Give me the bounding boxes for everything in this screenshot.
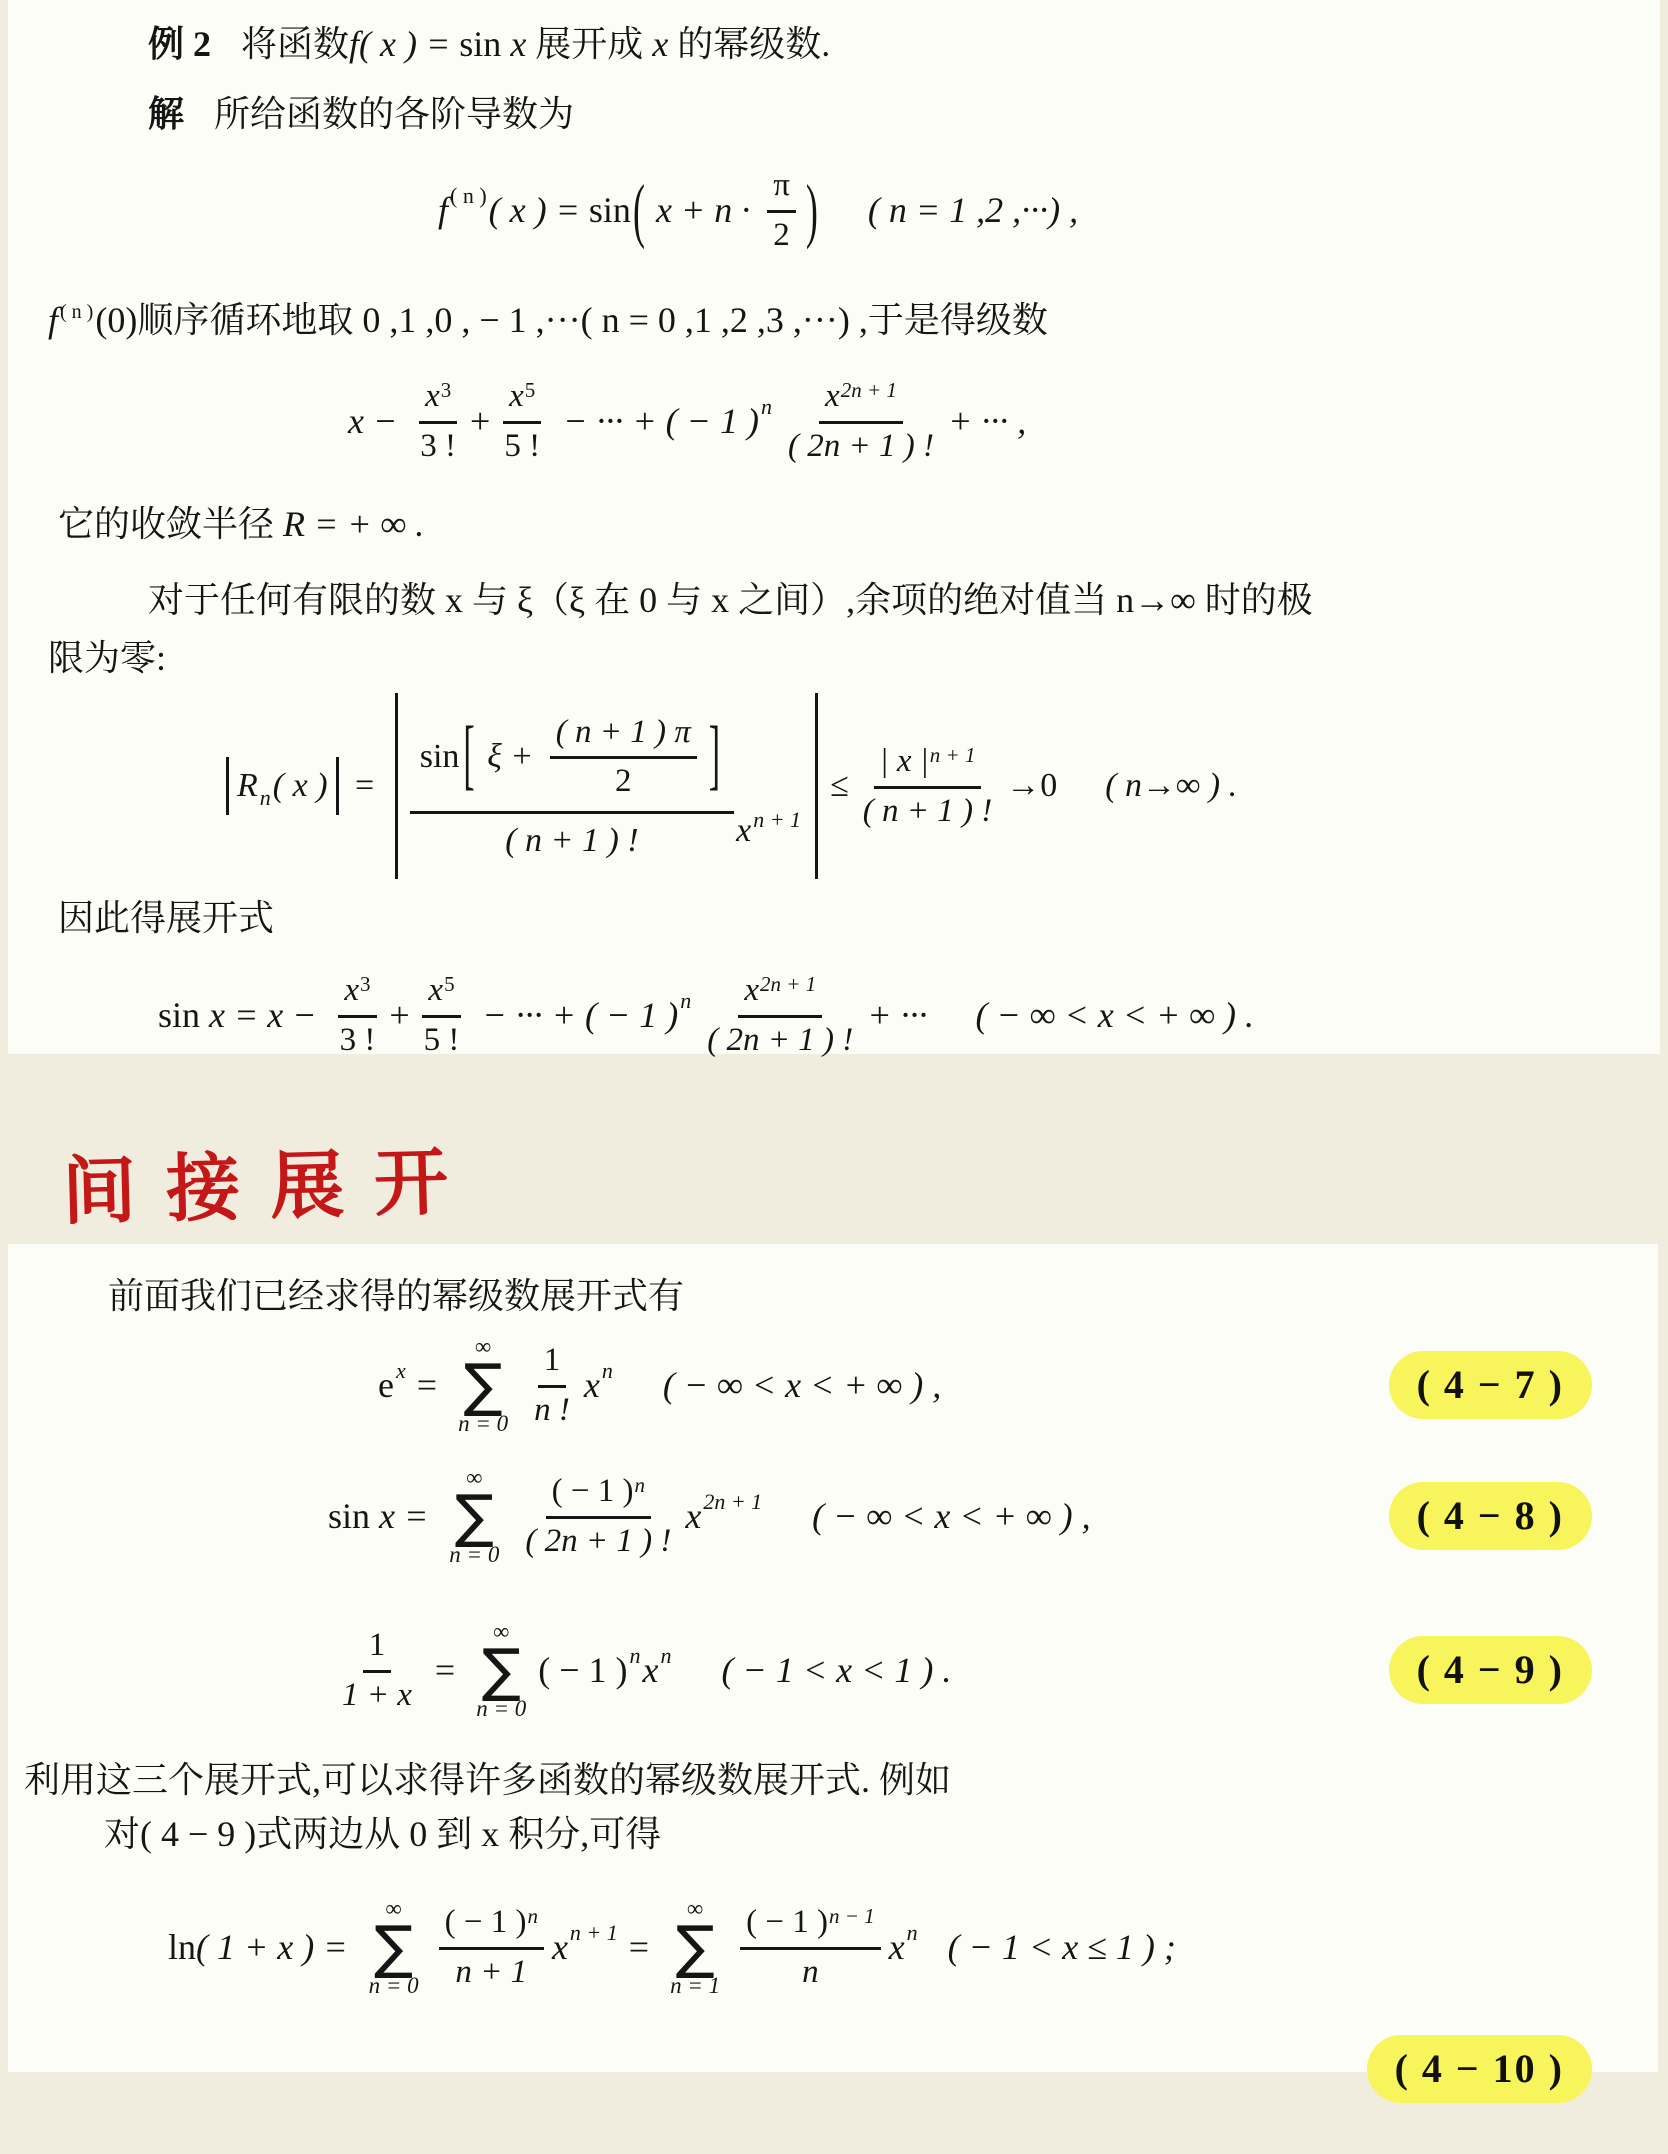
math-range: ( − ∞ < x < + ∞ ) ,	[812, 1495, 1090, 1537]
fraction-denominator: n !	[528, 1388, 576, 1430]
fraction-denominator: 1 + x	[336, 1673, 418, 1715]
math-tail: + ··· ,	[948, 400, 1026, 442]
superscript: n + 1	[570, 1920, 618, 1946]
equation-tag-row: ( 4 − 10 )	[48, 2036, 1628, 2102]
math-term: x −	[348, 400, 406, 442]
solution-line: 解所给函数的各阶导数为	[148, 90, 1630, 138]
numerator-base: x	[509, 378, 524, 414]
numerator-exponent: 2n + 1	[760, 973, 816, 996]
formula-ln: ln( 1 + x ) = ∞ ∑ n = 0 ( − 1 )n n + 1 x…	[168, 1872, 1628, 2022]
summation: ∞ ∑ n = 0	[458, 1335, 508, 1435]
formula-sin-expansion: sin x = x − x3 3 ! + x5 5 ! − ··· + ( − …	[158, 950, 1630, 1080]
numerator-exponent: 5	[444, 973, 455, 996]
subscript-n: n	[260, 785, 271, 811]
paragraph-text: 它的收敛半径	[58, 504, 283, 544]
math-x: x	[889, 1926, 905, 1968]
sigma-symbol: ∑	[374, 1920, 413, 1974]
fraction-denominator: ( 2n + 1 ) !	[701, 1018, 859, 1060]
math-body: x + n ·	[647, 189, 759, 231]
summation: ∞ ∑ n = 1	[670, 1897, 720, 1997]
math-lhs: x = x −	[200, 994, 326, 1036]
summation-lower: n = 0	[476, 1697, 526, 1720]
modulus-bar	[336, 757, 339, 815]
math-lhs: x =	[370, 1495, 437, 1537]
math-equals: =	[620, 1926, 658, 1968]
superscript: n	[602, 1358, 613, 1384]
big-paren-open: (	[633, 168, 645, 252]
math-lhs: ( 1 + x ) =	[196, 1926, 357, 1968]
paragraph-intro: 前面我们已经求得的幂级数展开式有	[108, 1272, 1628, 1320]
condition: ( n→∞ ) .	[1105, 767, 1237, 805]
summation-lower: n = 0	[449, 1543, 499, 1566]
math-sin: sin	[420, 738, 460, 776]
paragraph-therefore: 因此得展开式	[58, 894, 1630, 942]
big-bracket-open: [	[463, 713, 474, 800]
numerator-exponent: n − 1	[829, 1905, 875, 1928]
fraction-denominator: ( 2n + 1 ) !	[519, 1519, 677, 1561]
numerator-exponent: 2n + 1	[841, 379, 897, 402]
equation-tag-4-10: ( 4 − 10 )	[1367, 2035, 1592, 2103]
math-x: x	[584, 1364, 600, 1406]
fraction-denominator: 2	[767, 213, 796, 255]
numerator-base: ( − 1 )	[445, 1904, 527, 1940]
sigma-symbol: ∑	[464, 1358, 503, 1412]
fraction-denominator: ( 2n + 1 ) !	[782, 424, 940, 466]
formula-geometric: 1 1 + x = ∞ ∑ n = 0 ( − 1 )nxn ( − 1 < x…	[328, 1600, 1628, 1740]
math-x: x	[501, 24, 535, 64]
math-f: f	[48, 300, 58, 340]
math-range: ( − ∞ < x < + ∞ ) .	[976, 994, 1254, 1036]
fraction-denominator: 3 !	[334, 1018, 382, 1060]
paragraph-fn0: f( n )(0)顺序循环地取 0 ,1 ,0 , − 1 ,···( n = …	[48, 296, 1630, 350]
fraction: ( − 1 )n ( 2n + 1 ) !	[519, 1471, 677, 1561]
fraction-pi-2: π 2	[767, 165, 796, 255]
math-f: f	[438, 189, 448, 231]
big-fraction: sin [ ξ + ( n + 1 ) π 2 ] ( n + 1 ) !	[410, 712, 734, 861]
summation: ∞ ∑ n = 0	[369, 1897, 419, 1997]
fraction-numerator: 1	[363, 1625, 392, 1672]
textbook-page-expansions-block: 前面我们已经求得的幂级数展开式有 ex = ∞ ∑ n = 0 1 n ! xn…	[8, 1244, 1658, 2072]
superscript-n: n	[761, 394, 772, 420]
fraction-general-term: x2n + 1 ( 2n + 1 ) !	[701, 970, 859, 1060]
solution-label: 解	[148, 94, 184, 134]
math-plus: +	[389, 994, 409, 1036]
numerator-base: ( − 1 )	[552, 1473, 634, 1509]
numerator-base: x	[825, 378, 840, 414]
math-arrow-zero: →0	[1006, 767, 1057, 805]
fraction-denominator: 3 !	[414, 424, 462, 466]
math-range: ( − 1 < x < 1 ) .	[722, 1649, 952, 1691]
fraction-denominator: 2	[609, 759, 638, 801]
fraction-numerator: 1	[538, 1340, 567, 1387]
numerator-exponent: 3	[441, 379, 452, 402]
superscript: n	[661, 1643, 672, 1669]
math-middle: − ··· + ( − 1 )	[554, 400, 759, 442]
fraction-x3: x3 3 !	[414, 376, 462, 466]
numerator-base: x	[425, 378, 440, 414]
statement-text: 将函数	[241, 24, 349, 64]
math-plus: +	[470, 400, 490, 442]
numerator-base: ( − 1 )	[746, 1904, 828, 1940]
superscript-n: ( n )	[450, 183, 487, 209]
sigma-symbol: ∑	[482, 1643, 521, 1697]
big-paren-close: )	[806, 168, 818, 252]
numerator-base: x	[428, 972, 443, 1008]
math-range: ( − ∞ < x < + ∞ ) ,	[663, 1364, 941, 1406]
fraction-x5: x5 5 !	[498, 376, 546, 466]
math-x: x	[736, 812, 751, 849]
superscript: 2n + 1	[703, 1489, 762, 1515]
solution-text: 所给函数的各阶导数为	[214, 94, 574, 134]
modulus-bar	[226, 757, 229, 815]
math-leq: ≤	[830, 767, 849, 805]
fraction-general-term: x2n + 1 ( 2n + 1 ) !	[782, 376, 940, 466]
equation-tag-4-8: ( 4 − 8 )	[1389, 1482, 1592, 1550]
math-args: ( x ) =	[489, 189, 589, 231]
math-sin: sin	[589, 189, 631, 231]
equation-tag-4-9: ( 4 − 9 )	[1389, 1636, 1592, 1704]
math-tail: + ···	[867, 994, 927, 1036]
fraction-denominator: 5 !	[498, 424, 546, 466]
fraction-numerator: ( n + 1 ) π	[550, 712, 697, 759]
math-equals: =	[347, 767, 383, 805]
equation-tag-4-7: ( 4 − 7 )	[1389, 1351, 1592, 1419]
condition: ( n = 1 ,2 ,···) ,	[868, 189, 1078, 231]
paragraph-text: (0)顺序循环地取 0 ,1 ,0 , − 1 ,···( n = 0 ,1 ,…	[95, 300, 1048, 340]
bound-fraction: | x |n + 1 ( n + 1 ) !	[857, 741, 999, 831]
big-fraction-denominator: ( n + 1 ) !	[505, 814, 638, 860]
numerator-base: | x |	[880, 743, 929, 779]
big-bracket-close: ]	[709, 713, 720, 800]
superscript-n: n	[630, 1643, 641, 1669]
paragraph-text: 前面我们已经求得的幂级数展开式有	[108, 1276, 684, 1316]
superscript: n + 1	[753, 807, 801, 832]
summation-lower: n = 0	[458, 1412, 508, 1435]
numerator-base: x	[744, 972, 759, 1008]
formula-sin: sin x = ∞ ∑ n = 0 ( − 1 )n ( 2n + 1 ) ! …	[328, 1446, 1628, 1586]
superscript: n	[907, 1920, 918, 1946]
textbook-page-example-block: 例 2将函数f( x ) = sin x 展开成 x 的幂级数. 解所给函数的各…	[8, 0, 1660, 1054]
numerator-exponent: n	[527, 1905, 538, 1928]
numerator-exponent: 3	[360, 973, 371, 996]
paragraph-text: 对于任何有限的数 x 与 ξ（ξ 在 0 与 x 之间）,余项的绝对值当 n→∞…	[148, 580, 1313, 620]
formula-derivatives: f( n )( x ) = sin( x + n · π 2 ) ( n = 1…	[438, 150, 1630, 270]
math-x: x	[643, 1649, 659, 1691]
formula-remainder: Rn( x ) = sin [ ξ + ( n + 1 ) π 2 ] ( n …	[218, 688, 1630, 884]
math-x-power: xn + 1	[736, 812, 803, 850]
fraction-x5: x5 5 !	[418, 970, 466, 1060]
paragraph-text: 利用这三个展开式,可以求得许多函数的幂级数展开式. 例如	[24, 1760, 951, 1800]
fraction: ( − 1 )n − 1 n	[740, 1902, 881, 1992]
statement-text: 的幂级数.	[677, 24, 830, 64]
math-range: ( − 1 < x ≤ 1 ) ;	[948, 1926, 1176, 1968]
big-modulus-bar	[395, 693, 398, 879]
handwritten-annotation: 间接展开	[61, 1123, 480, 1240]
fraction-denominator: ( n + 1 ) !	[857, 789, 999, 831]
fraction-denominator: n + 1	[449, 1950, 533, 1992]
fraction: ( − 1 )n n + 1	[439, 1902, 544, 1992]
paragraph-integrate: 对( 4 − 9 )式两边从 0 到 x 积分,可得	[104, 1810, 1628, 1858]
math-sin: sin	[328, 1495, 370, 1537]
math-sin: sin	[459, 24, 501, 64]
math-x: x	[685, 1495, 701, 1537]
summation-lower: n = 0	[369, 1974, 419, 1997]
statement-text: 展开成	[535, 24, 643, 64]
paragraph-remainder-line2: 限为零:	[48, 634, 1630, 682]
superscript-n: n	[680, 988, 691, 1014]
fraction: 1 n !	[528, 1340, 576, 1430]
numerator-exponent: 5	[525, 379, 536, 402]
summation: ∞ ∑ n = 0	[449, 1466, 499, 1566]
fraction-denominator: 5 !	[418, 1018, 466, 1060]
fraction-denominator: n	[796, 1950, 825, 1992]
math-args: ( x )	[273, 767, 328, 805]
math-f: f	[349, 24, 359, 64]
numerator-base: x	[344, 972, 359, 1008]
fraction-numerator: π	[767, 165, 796, 212]
math-radius: R = + ∞ .	[283, 504, 424, 544]
sigma-symbol: ∑	[455, 1489, 494, 1543]
numerator-exponent: n + 1	[930, 744, 976, 767]
paragraph-usage: 利用这三个展开式,可以求得许多函数的幂级数展开式. 例如	[24, 1756, 1628, 1804]
big-modulus-bar	[815, 693, 818, 879]
example2-statement: 例 2将函数f( x ) = sin x 展开成 x 的幂级数.	[148, 20, 1630, 68]
paragraph-text: 对( 4 − 9 )式两边从 0 到 x 积分,可得	[104, 1814, 661, 1854]
math-ln: ln	[168, 1926, 196, 1968]
math-xi: ξ +	[479, 738, 542, 776]
math-sin: sin	[158, 994, 200, 1036]
summation-lower: n = 1	[670, 1974, 720, 1997]
math-equals: =	[426, 1649, 464, 1691]
paragraph-remainder-line1: 对于任何有限的数 x 与 ξ（ξ 在 0 与 x 之间）,余项的绝对值当 n→∞…	[148, 576, 1630, 624]
fraction-x3: x3 3 !	[334, 970, 382, 1060]
example-label: 例 2	[148, 24, 211, 64]
inner-fraction: ( n + 1 ) π 2	[550, 712, 697, 802]
formula-exp: ex = ∞ ∑ n = 0 1 n ! xn ( − ∞ < x < + ∞ …	[378, 1330, 1628, 1440]
math-e: e	[378, 1364, 394, 1406]
paragraph-text: 因此得展开式	[58, 898, 274, 938]
formula-series: x − x3 3 ! + x5 5 ! − ··· + ( − 1 )n x2n…	[348, 356, 1630, 486]
math-x: x	[643, 24, 677, 64]
math-middle: − ··· + ( − 1 )	[473, 994, 678, 1036]
numerator-exponent: n	[635, 1474, 646, 1497]
superscript-x: x	[396, 1358, 406, 1384]
math-body: ( − 1 )	[538, 1649, 627, 1691]
sigma-symbol: ∑	[676, 1920, 715, 1974]
math-equals: =	[408, 1364, 446, 1406]
math-x: x	[552, 1926, 568, 1968]
math-args: ( x ) =	[359, 24, 459, 64]
paragraph-text: 限为零:	[48, 638, 166, 678]
lhs-fraction: 1 1 + x	[336, 1625, 418, 1715]
math-R: R	[237, 767, 258, 805]
paragraph-radius: 它的收敛半径 R = + ∞ .	[58, 500, 1630, 548]
superscript-n: ( n )	[60, 301, 93, 323]
summation: ∞ ∑ n = 0	[476, 1620, 526, 1720]
